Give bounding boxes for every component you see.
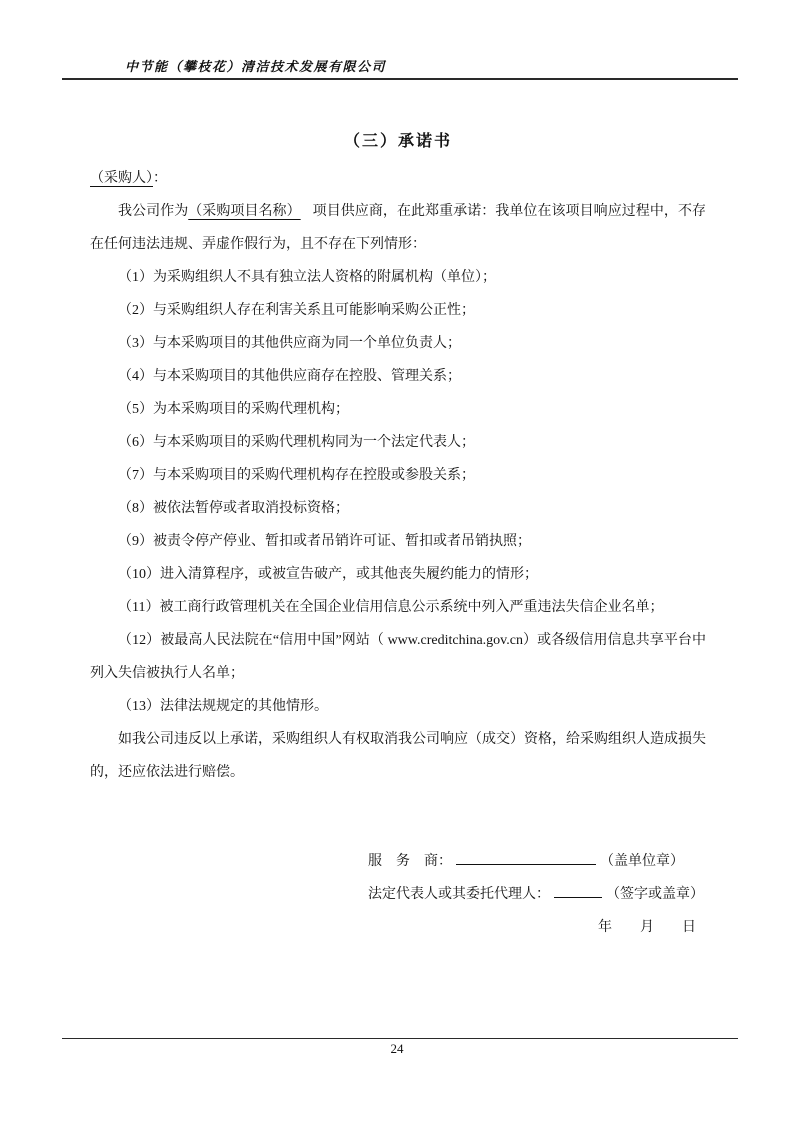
salutation-line: （采购人）： [90, 162, 706, 195]
list-item: （7）与本采购项目的采购代理机构存在控股或参股关系； [90, 459, 706, 492]
list-item: （10）进入清算程序，或被宣告破产，或其他丧失履约能力的情形； [90, 558, 706, 591]
intro-paragraph: 我公司作为（采购项目名称）项目供应商，在此郑重承诺：我单位在该项目响应过程中，不… [90, 195, 706, 261]
date-line: 年 月 日 [368, 911, 706, 944]
representative-line: 法定代表人或其委托代理人：（签字或盖章） [368, 878, 706, 911]
page-header: 中节能（攀枝花）清洁技术发展有限公司 [62, 56, 738, 80]
provider-line: 服 务 商：（盖单位章） [368, 845, 706, 878]
list-item: （1）为采购组织人不具有独立法人资格的附属机构（单位）； [90, 261, 706, 294]
list-item: （12）被最高人民法院在“信用中国”网站（ www.creditchina.go… [90, 624, 706, 690]
provider-label: 服 务 商： [368, 854, 452, 869]
project-name-blank: （采购项目名称） [188, 204, 312, 219]
list-item: （3）与本采购项目的其他供应商为同一个单位负责人； [90, 327, 706, 360]
representative-blank [554, 881, 602, 898]
list-item: （13）法律法规规定的其他情形。 [90, 690, 706, 723]
salutation-colon: ： [153, 171, 167, 186]
representative-suffix: （签字或盖章） [606, 887, 704, 902]
signature-block: 服 务 商：（盖单位章） 法定代表人或其委托代理人：（签字或盖章） 年 月 日 [368, 845, 706, 944]
page-number: 24 [0, 1041, 794, 1057]
document-page: 中节能（攀枝花）清洁技术发展有限公司 （三）承诺书 （采购人）： 我公司作为（采… [0, 0, 794, 1123]
document-body: （三）承诺书 （采购人）： 我公司作为（采购项目名称）项目供应商，在此郑重承诺：… [90, 122, 706, 944]
header-company-name: 中节能（攀枝花）清洁技术发展有限公司 [125, 56, 738, 75]
closing-paragraph: 如我公司违反以上承诺，采购组织人有权取消我公司响应（成交）资格，给采购组织人造成… [90, 723, 706, 789]
footer-rule [62, 1038, 738, 1039]
salutation-underlined: （采购人） [90, 171, 153, 186]
intro-prefix: 我公司作为 [118, 204, 188, 219]
representative-label: 法定代表人或其委托代理人： [368, 887, 550, 902]
list-item: （2）与采购组织人存在利害关系且可能影响采购公正性； [90, 294, 706, 327]
list-item: （8）被依法暂停或者取消投标资格； [90, 492, 706, 525]
list-item: （9）被责令停产停业、暂扣或者吊销许可证、暂扣或者吊销执照； [90, 525, 706, 558]
provider-suffix: （盖单位章） [600, 854, 684, 869]
list-item: （5）为本采购项目的采购代理机构； [90, 393, 706, 426]
list-item: （6）与本采购项目的采购代理机构同为一个法定代表人； [90, 426, 706, 459]
provider-blank [456, 848, 596, 865]
list-item: （11）被工商行政管理机关在全国企业信用信息公示系统中列入严重违法失信企业名单； [90, 591, 706, 624]
list-item: （4）与本采购项目的其他供应商存在控股、管理关系； [90, 360, 706, 393]
document-title: （三）承诺书 [90, 122, 706, 162]
